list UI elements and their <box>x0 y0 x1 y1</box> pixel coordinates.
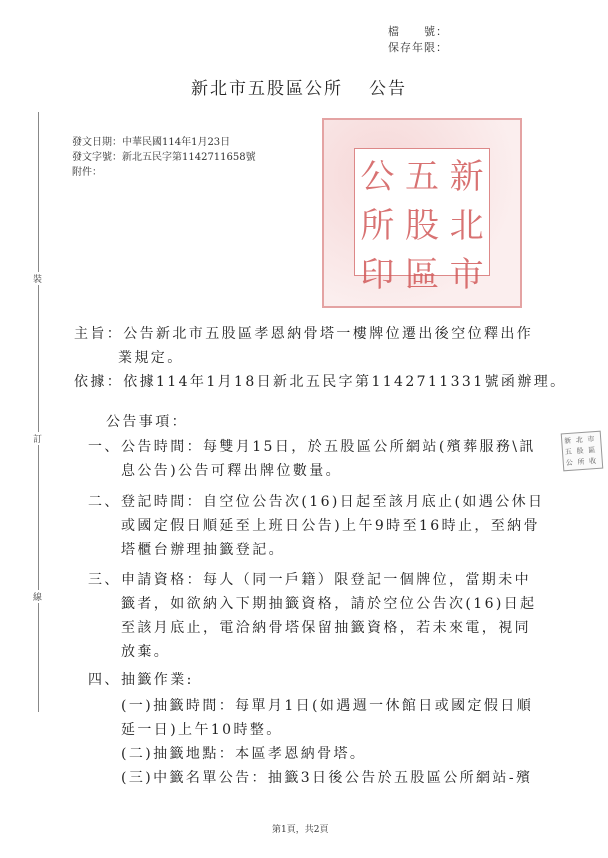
stamp-char: 北 <box>576 435 587 446</box>
stamp-char: 新 <box>564 435 575 446</box>
stamp-char: 公 <box>565 457 576 468</box>
subject-text: 公告新北市五股區孝恩納骨塔一樓牌位遷出後空位釋出作 <box>123 326 533 342</box>
binding-char-ding: 訂 <box>33 432 42 445</box>
binding-line <box>38 112 39 712</box>
item-1-line-2: 息公告)公告可釋出牌位數量。 <box>121 459 342 483</box>
document-title: 新北市五股區公所公告 <box>191 74 407 99</box>
item-3-line-2: 籤者，如欲納入下期抽籤資格，請於空位公告次(16)日起 <box>121 592 537 616</box>
stamp-char: 市 <box>587 434 598 445</box>
attachment-label: 附件： <box>72 165 256 180</box>
seal-char: 公 <box>355 149 400 198</box>
item-2-num: 二、 <box>88 490 121 514</box>
seal-char: 北 <box>444 198 489 247</box>
item-2-line-3: 塔櫃台辦理抽籤登記。 <box>121 538 285 562</box>
issue-info: 發文日期：中華民國114年1月23日 發文字號：新北五民字第1142711658… <box>72 135 256 180</box>
item-3-line-4: 放棄。 <box>121 640 170 664</box>
page-indicator: 第1頁，共2頁 <box>272 822 328 835</box>
item-4-sub-3: (三)中籤名單公告：抽籤3日後公告於五股區公所網站-殯 <box>121 766 532 790</box>
binding-char-zhuang: 裝 <box>33 272 42 285</box>
doc-type: 公告 <box>369 79 407 99</box>
item-2-line-1: 登記時間：自空位公告次(16)日起至該月底止(如遇公休日 <box>121 490 544 514</box>
item-4-heading: 抽籤作業: <box>121 668 194 692</box>
retention-period-label: 保存年限： <box>388 40 448 56</box>
issue-number: 發文字號：新北五民字第1142711658號 <box>72 150 256 165</box>
stamp-char: 所 <box>577 457 588 468</box>
item-3-line-3: 至該月底止，電洽納骨塔保留抽籤資格，若未來電，視同 <box>121 616 531 640</box>
basis-label: 依據： <box>74 374 123 390</box>
seal-char: 市 <box>444 247 489 296</box>
item-4-num: 四、 <box>88 668 121 692</box>
item-4-sub-1-line-1: (一)抽籤時間：每單月1日(如遇週一休館日或國定假日順 <box>121 694 533 718</box>
item-4-sub-1-line-2: 延一日)上午10時整。 <box>121 718 283 742</box>
seal-char: 所 <box>355 198 400 247</box>
seal-char: 印 <box>355 247 400 296</box>
official-seal: 新 北 市 五 股 區 公 所 印 <box>322 118 522 308</box>
seal-char: 新 <box>444 149 489 198</box>
item-3-num: 三、 <box>88 568 121 592</box>
subject-line-1: 主旨：公告新北市五股區孝恩納骨塔一樓牌位遷出後空位釋出作 <box>74 322 533 346</box>
stamp-char: 區 <box>588 445 599 456</box>
item-2-line-2: 或國定假日順延至上班日公告)上午9時至16時止，至納骨 <box>121 514 540 538</box>
issue-date: 發文日期：中華民國114年1月23日 <box>72 135 256 150</box>
stamp-char: 收 <box>589 456 600 467</box>
seal-inner: 新 北 市 五 股 區 公 所 印 <box>354 148 490 276</box>
subject-line-2: 業規定。 <box>118 346 184 370</box>
seal-char: 股 <box>400 198 445 247</box>
receipt-stamp: 新 北 市 五 股 區 公 所 收 <box>561 431 604 472</box>
seal-char: 五 <box>400 149 445 198</box>
item-1-num: 一、 <box>88 435 121 459</box>
org-name: 新北市五股區公所 <box>191 79 343 99</box>
items-heading: 公告事項： <box>106 410 188 434</box>
stamp-char: 股 <box>576 446 587 457</box>
file-number-label: 檔 號： <box>388 24 448 40</box>
binding-char-xian: 線 <box>33 590 42 603</box>
subject-label: 主旨： <box>74 326 123 342</box>
item-1-line-1: 公告時間：每雙月15日，於五股區公所網站(殯葬服務\訊 <box>121 435 536 459</box>
seal-char: 區 <box>400 247 445 296</box>
stamp-char: 五 <box>565 446 576 457</box>
item-4-sub-2: (二)抽籤地點：本區孝恩納骨塔。 <box>121 742 366 766</box>
item-3-line-1: 申請資格：每人（同一戶籍）限登記一個牌位，當期未中 <box>121 568 531 592</box>
basis-line: 依據：依據114年1月18日新北五民字第1142711331號函辦理。 <box>74 370 567 394</box>
basis-text: 依據114年1月18日新北五民字第1142711331號函辦理。 <box>123 374 566 390</box>
